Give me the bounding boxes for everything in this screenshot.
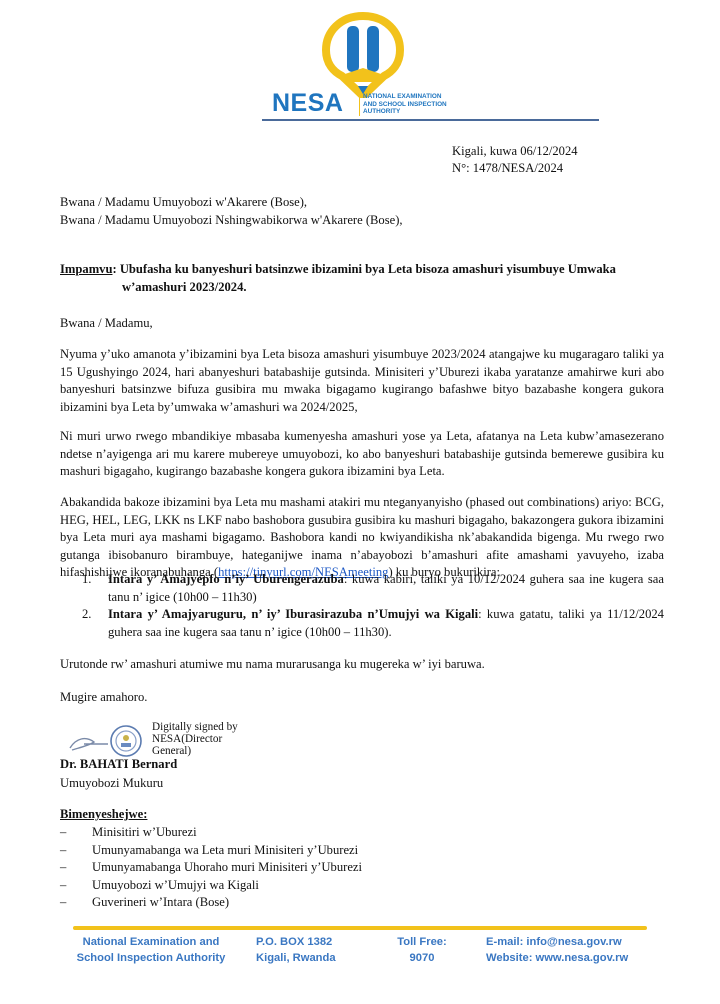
footer-contact: E-mail: info@nesa.gov.rw Website: www.ne… xyxy=(486,934,628,966)
footer-website: Website: www.nesa.gov.rw xyxy=(486,950,628,966)
cc-title: Bimenyeshejwe: xyxy=(60,807,147,822)
logo-separator xyxy=(359,92,360,116)
subject: Impamvu: Ubufasha ku banyeshuri batsinzw… xyxy=(60,260,664,296)
signer-name: Dr. BAHATI Bernard xyxy=(60,757,177,772)
signature-note-line: General) xyxy=(152,745,238,757)
cc-recipient: Guverineri w’Intara (Bose) xyxy=(92,895,229,909)
list-item: –Umuyobozi w’Umujyi wa Kigali xyxy=(60,877,362,895)
footer-line: P.O. BOX 1382 xyxy=(256,934,336,950)
cc-recipient: Umunyamabanga wa Leta muri Minisiteri y’… xyxy=(92,843,358,857)
list-number: 2. xyxy=(82,606,91,624)
list-item: 2. Intara y’ Amajyaruguru, n’ iy’ Iburas… xyxy=(60,606,664,641)
footer-toll-free: Toll Free: 9070 xyxy=(392,934,452,966)
cc-recipient: Minisitiri w’Uburezi xyxy=(92,825,197,839)
footer-line: School Inspection Authority xyxy=(63,950,239,966)
dash-bullet: – xyxy=(60,859,66,877)
footer-divider xyxy=(73,926,647,930)
footer-line: Toll Free: xyxy=(392,934,452,950)
list-number: 1. xyxy=(82,571,91,589)
signature-note-line: NESA(Director xyxy=(152,733,238,745)
cc-list: –Minisitiri w’Uburezi –Umunyamabanga wa … xyxy=(60,824,362,912)
list-item: –Minisitiri w’Uburezi xyxy=(60,824,362,842)
meeting-schedule-list: 1. Intara y’ Amajyepfo n’iy’ Uburengeraz… xyxy=(60,571,664,641)
paragraph-2: Ni muri urwo rwego mbandikiye mbasaba ku… xyxy=(60,428,664,481)
salutation: Bwana / Madamu, xyxy=(60,316,153,331)
meeting-region: Intara y’ Amajyaruguru, n’ iy’ Iburasira… xyxy=(108,607,478,621)
cc-recipient: Umunyamabanga Uhoraho muri Minisiteri y’… xyxy=(92,860,362,874)
footer-line: 9070 xyxy=(392,950,452,966)
addressees: Bwana / Madamu Umuyobozi w'Akarere (Bose… xyxy=(60,193,403,229)
dash-bullet: – xyxy=(60,877,66,895)
letter-meta: Kigali, kuwa 06/12/2024 N°: 1478/NESA/20… xyxy=(452,143,578,177)
dash-bullet: – xyxy=(60,894,66,912)
addressee: Bwana / Madamu Umuyobozi w'Akarere (Bose… xyxy=(60,193,403,211)
dash-bullet: – xyxy=(60,824,66,842)
closing: Mugire amahoro. xyxy=(60,690,147,705)
subject-text-continued: w’amashuri 2023/2024. xyxy=(60,278,664,296)
dash-bullet: – xyxy=(60,842,66,860)
digital-signature-note: Digitally signed by NESA(Director Genera… xyxy=(152,721,238,757)
signer-title: Umuyobozi Mukuru xyxy=(60,776,163,791)
nesa-pencil-logo-icon xyxy=(318,12,408,98)
paragraph-4: Urutonde rw’ amashuri atumiwe mu nama mu… xyxy=(60,656,664,674)
place-date: Kigali, kuwa 06/12/2024 xyxy=(452,143,578,160)
logo-subtitle-line: NATIONAL EXAMINATION xyxy=(363,93,447,101)
addressee: Bwana / Madamu Umuyobozi Nshingwabikorwa… xyxy=(60,211,403,229)
footer-email: E-mail: info@nesa.gov.rw xyxy=(486,934,628,950)
footer-line: Kigali, Rwanda xyxy=(256,950,336,966)
logo-subtitle-line: AUTHORITY xyxy=(363,108,447,116)
paragraph-1: Nyuma y’uko amanota y’ibizamini bya Leta… xyxy=(60,346,664,416)
header-divider xyxy=(262,119,599,121)
signature-note-line: Digitally signed by xyxy=(152,721,238,733)
logo-subtitle-line: AND SCHOOL INSPECTION xyxy=(363,101,447,109)
footer-address: P.O. BOX 1382 Kigali, Rwanda xyxy=(256,934,336,966)
footer-line: National Examination and xyxy=(63,934,239,950)
logo-wordmark: NESA xyxy=(272,89,343,118)
subject-label: Impamvu xyxy=(60,262,112,276)
subject-text: : Ubufasha ku banyeshuri batsinzwe ibiza… xyxy=(112,262,616,276)
list-item: –Guverineri w’Intara (Bose) xyxy=(60,894,362,912)
list-item: 1. Intara y’ Amajyepfo n’iy’ Uburengeraz… xyxy=(60,571,664,606)
logo-subtitle: NATIONAL EXAMINATION AND SCHOOL INSPECTI… xyxy=(363,93,447,116)
list-item: –Umunyamabanga Uhoraho muri Minisiteri y… xyxy=(60,859,362,877)
paragraph-3: Abakandida bakoze ibizamini bya Leta mu … xyxy=(60,494,664,582)
footer-organization: National Examination and School Inspecti… xyxy=(63,934,239,966)
meeting-region: Intara y’ Amajyepfo n’iy’ Uburengerazuba xyxy=(108,572,344,586)
list-item: –Umunyamabanga wa Leta muri Minisiteri y… xyxy=(60,842,362,860)
reference-number: N°: 1478/NESA/2024 xyxy=(452,160,578,177)
digital-signature-seal-icon xyxy=(64,724,150,758)
cc-recipient: Umuyobozi w’Umujyi wa Kigali xyxy=(92,878,259,892)
